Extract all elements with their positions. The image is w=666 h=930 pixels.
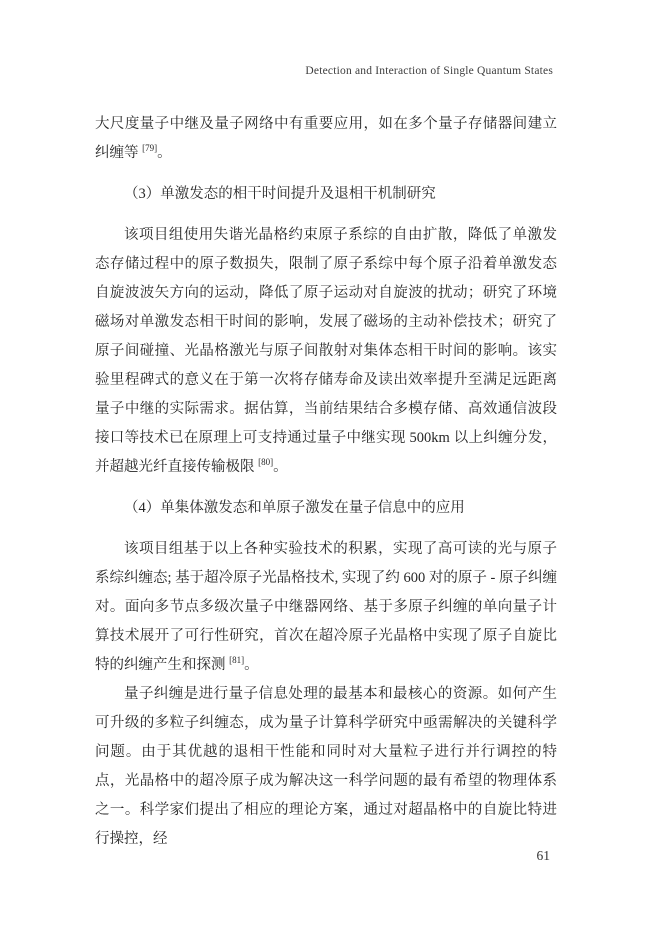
running-header: Detection and Interaction of Single Quan…	[95, 65, 553, 77]
paragraph-text: 该项目组使用失谐光晶格约束原子系综的自由扩散，降低了单激发态存储过程中的原子数损…	[95, 227, 557, 475]
section-heading-3: （3）单激发态的相干时间提升及退相干机制研究	[95, 180, 557, 209]
paragraph-entanglement: 量子纠缠是进行量子信息处理的最基本和最核心的资源。如何产生可升级的多粒子纠缠态，…	[95, 680, 557, 854]
section-heading-4: （4）单集体激发态和单原子激发在量子信息中的应用	[95, 494, 557, 523]
paragraph-tail: 。	[273, 459, 288, 475]
paragraph-continuation: 大尺度量子中继及量子网络中有重要应用，如在多个量子存储器间建立纠缠等 [79]。	[95, 110, 557, 168]
citation-ref-81: [81]	[229, 655, 244, 665]
document-page: Detection and Interaction of Single Quan…	[0, 0, 666, 930]
paragraph-tail: 。	[157, 145, 172, 161]
paragraph-section-3: 该项目组使用失谐光晶格约束原子系综的自由扩散，降低了单激发态存储过程中的原子数损…	[95, 221, 557, 482]
paragraph-tail: 。	[244, 657, 259, 673]
page-number: 61	[95, 848, 550, 864]
citation-ref-79: [79]	[142, 143, 157, 153]
paragraph-section-4: 该项目组基于以上各种实验技术的积累，实现了高可读的光与原子系综纠缠态; 基于超冷…	[95, 535, 557, 680]
citation-ref-80: [80]	[258, 457, 273, 467]
paragraph-text: 该项目组基于以上各种实验技术的积累，实现了高可读的光与原子系综纠缠态; 基于超冷…	[95, 541, 557, 673]
document-body: 大尺度量子中继及量子网络中有重要应用，如在多个量子存储器间建立纠缠等 [79]。…	[95, 110, 557, 854]
